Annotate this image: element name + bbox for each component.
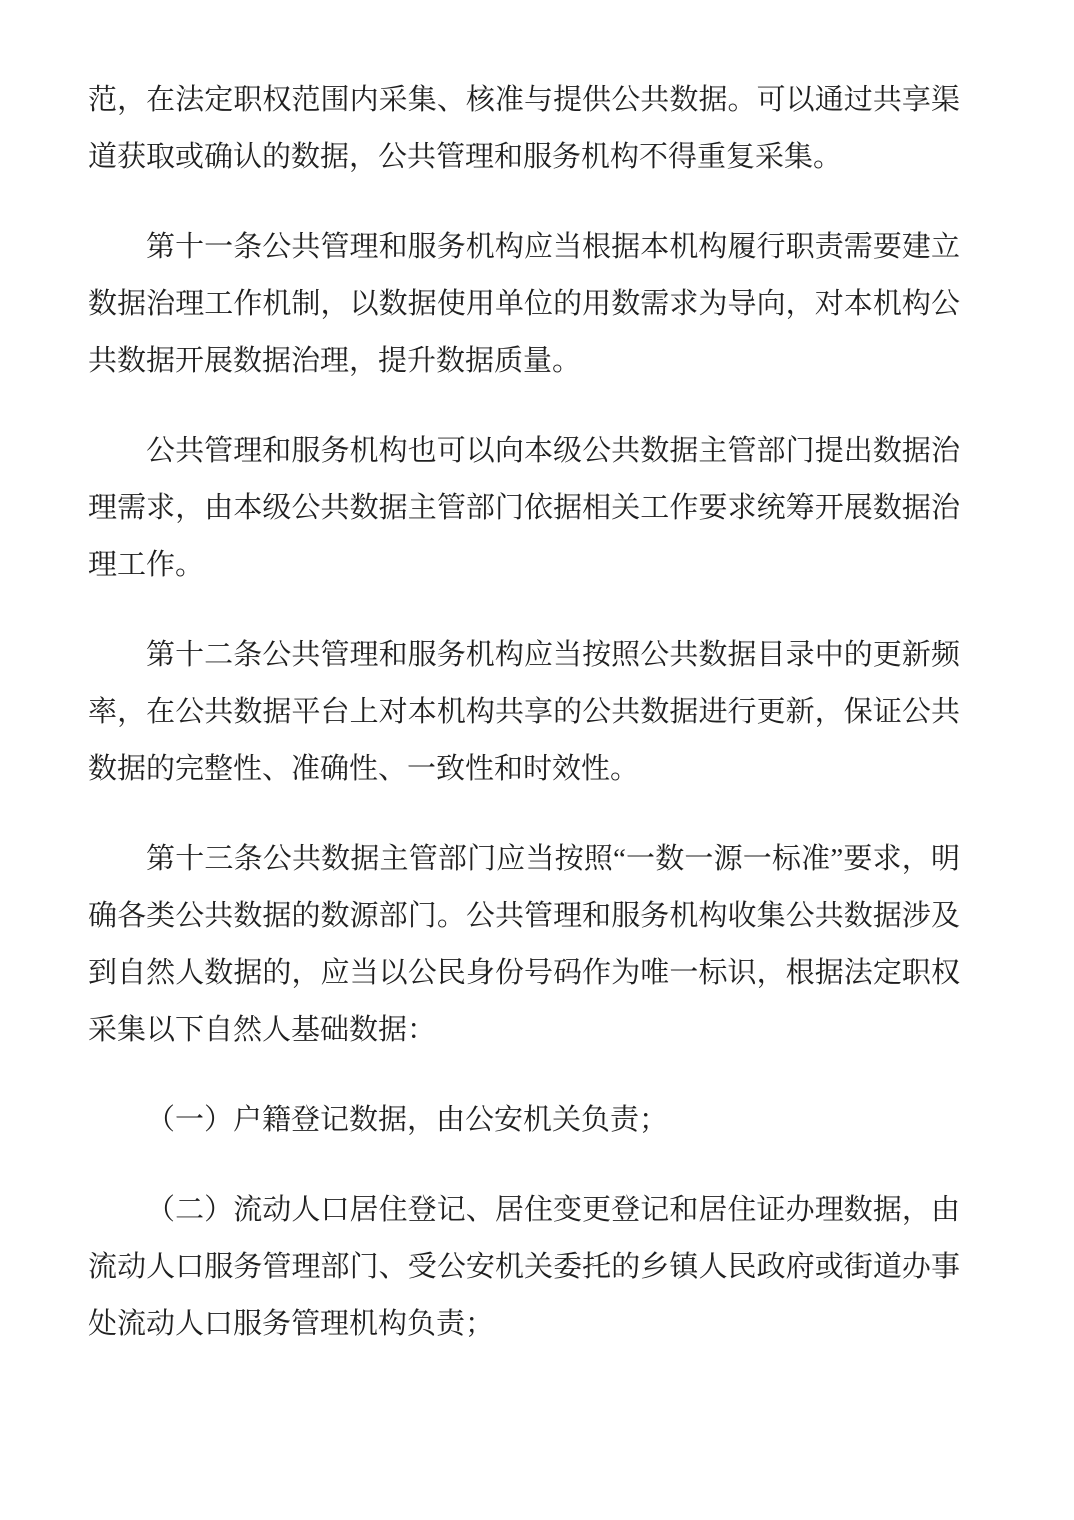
paragraph: （二）流动人口居住登记、居住变更登记和居住证办理数据，由流动人口服务管理部门、受… <box>88 1182 960 1353</box>
document-page: 范，在法定职权范围内采集、核准与提供公共数据。可以通过共享渠道获取或确认的数据，… <box>0 0 1074 1520</box>
document-body: 范，在法定职权范围内采集、核准与提供公共数据。可以通过共享渠道获取或确认的数据，… <box>88 72 960 1353</box>
paragraph: 第十一条公共管理和服务机构应当根据本机构履行职责需要建立数据治理工作机制，以数据… <box>88 219 960 390</box>
paragraph: 第十三条公共数据主管部门应当按照“一数一源一标准”要求，明确各类公共数据的数源部… <box>88 831 960 1059</box>
paragraph: （一）户籍登记数据，由公安机关负责； <box>88 1092 960 1149</box>
paragraph: 范，在法定职权范围内采集、核准与提供公共数据。可以通过共享渠道获取或确认的数据，… <box>88 72 960 186</box>
paragraph: 公共管理和服务机构也可以向本级公共数据主管部门提出数据治理需求，由本级公共数据主… <box>88 423 960 594</box>
paragraph: 第十二条公共管理和服务机构应当按照公共数据目录中的更新频率，在公共数据平台上对本… <box>88 627 960 798</box>
